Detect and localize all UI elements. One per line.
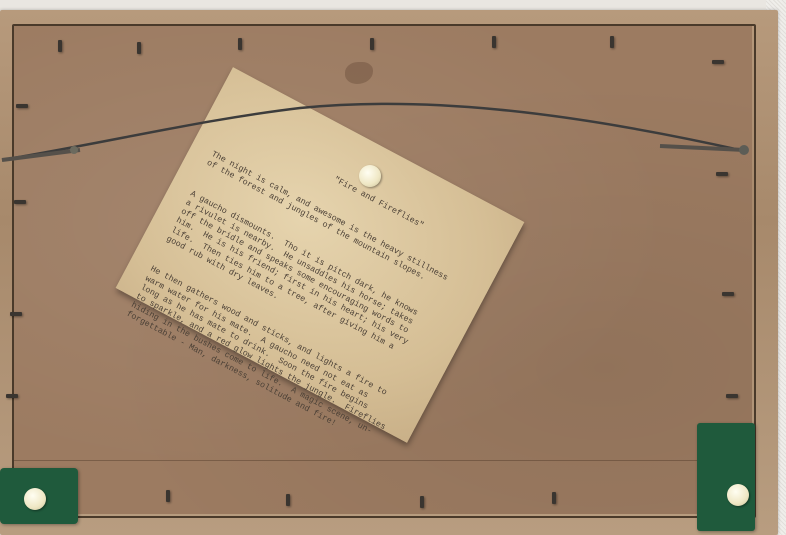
frame-nail xyxy=(238,38,242,50)
frame-nail xyxy=(58,40,62,52)
frame-nail xyxy=(610,36,614,48)
frame-nail xyxy=(716,172,728,176)
frame-nail xyxy=(492,36,496,48)
frame-nail xyxy=(6,394,18,398)
frame-nail xyxy=(712,60,724,64)
frame-nail xyxy=(286,494,290,506)
felt-pad-tack xyxy=(24,488,46,510)
frame-nail xyxy=(16,104,28,108)
frame-nail xyxy=(370,38,374,50)
frame-nail xyxy=(10,312,22,316)
frame-nail xyxy=(14,200,26,204)
frame-nail xyxy=(137,42,141,54)
frame-nail xyxy=(726,394,738,398)
frame-nail xyxy=(552,492,556,504)
felt-pad-bottom-right xyxy=(697,423,755,531)
frame-nail xyxy=(722,292,734,296)
felt-pad-tack xyxy=(727,484,749,506)
frame-nail xyxy=(166,490,170,502)
frame-nail xyxy=(420,496,424,508)
note-thumbtack xyxy=(359,165,381,187)
